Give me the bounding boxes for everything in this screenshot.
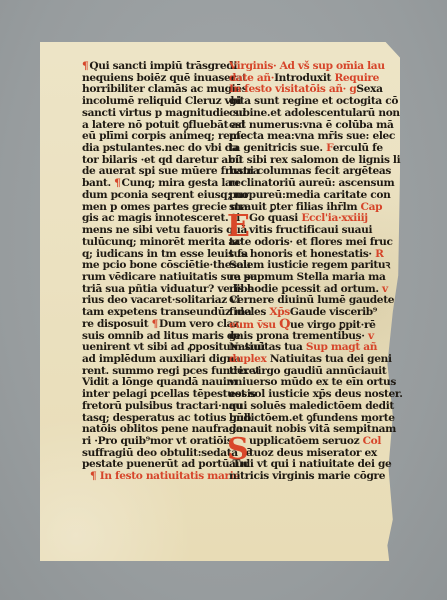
drop-cap-e: E (227, 212, 250, 242)
paragraph-mark-icon: ¶ (152, 318, 158, 330)
left-text-column: ¶Qui sancti impiū trāsgredi nequiens boi… (82, 61, 232, 483)
right-text-column: Virginis· Ad vš sup om̄ia lau date añ·In… (229, 61, 379, 483)
text-line: ad implēdum auxiliari digna (82, 354, 232, 366)
text-line: fideles Xp̄sGaude viscerib⁹ (229, 307, 379, 319)
text-line: rum vēdicare natiuitatis sue pa (82, 272, 232, 284)
text-line: ri ·Pro quib⁹mor vt oratiōis (82, 436, 232, 448)
text-line: tulūcunq; minorēt merita ac (82, 237, 232, 249)
text-line: nitricis virginis marie cōgre (229, 471, 379, 483)
text-line: re disposuit ¶Dum vero claz (82, 319, 232, 331)
text-line: fretorū pulsibus tractari·nau (82, 401, 232, 413)
drop-cap-s: S (227, 435, 248, 465)
text-line: dum pconia seqrent eiusq; no (82, 190, 232, 202)
text-line: ta genitricis sue. Ferculū fe (229, 143, 379, 155)
text-line: dia pstulantes.nec do vbi da (82, 143, 232, 155)
text-line: ¶Qui sancti impiū trāsgredi (82, 61, 232, 73)
text-line: sancti virtus p magnitudie su (82, 108, 232, 120)
paragraph-mark-icon: ¶ (82, 60, 88, 72)
text-line: cubine.et adolescentularū non (229, 108, 379, 120)
text-line: duplex Natiuitas tua dei geni (229, 354, 379, 366)
text-line: Supplicatōem seruoz Col (229, 436, 379, 448)
text-line: qui soluēs maledictōem dedit (229, 401, 379, 413)
text-line: EGo quasi Eccl'ia·xxiiij (229, 213, 379, 225)
paragraph-mark-icon: ¶ (114, 177, 120, 189)
rubric-heading: ¶ In festo natiuitatis marie (82, 471, 232, 483)
